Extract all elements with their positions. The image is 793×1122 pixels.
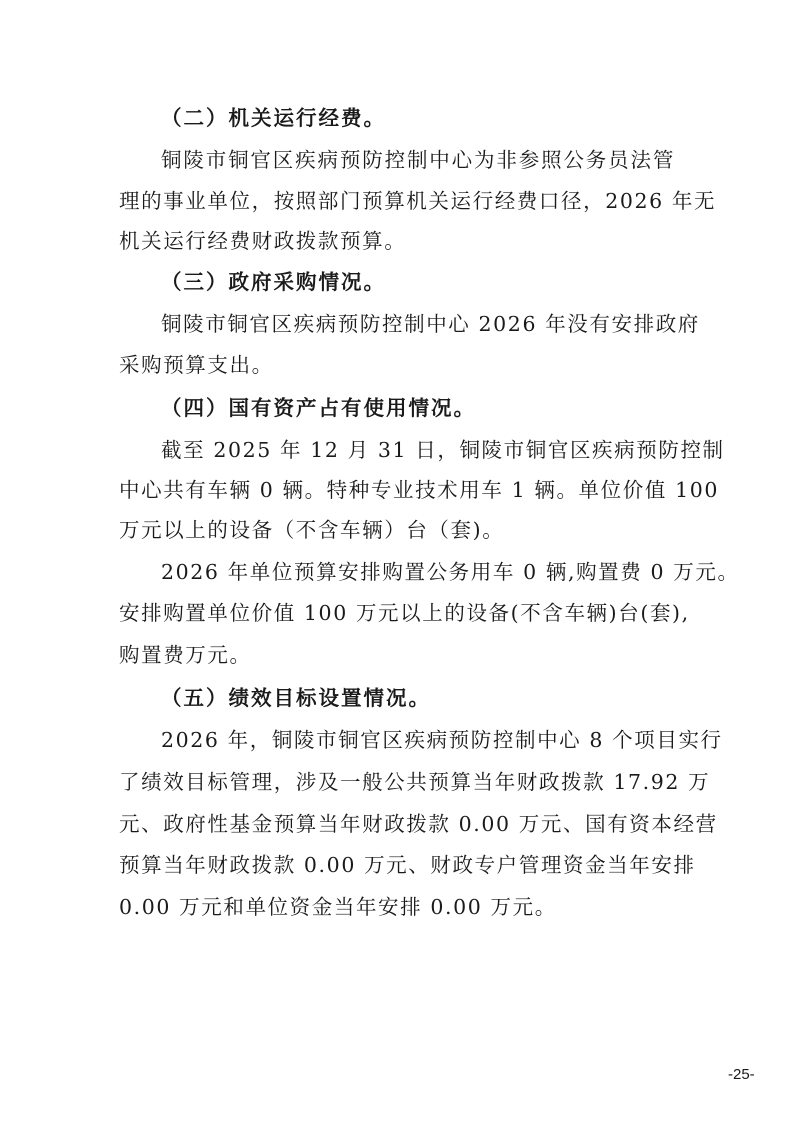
section-heading-2: （二）机关运行经费。 <box>161 104 717 132</box>
section-heading-5: （五）绩效目标设置情况。 <box>161 684 717 712</box>
page-number: -25- <box>728 1066 755 1083</box>
paragraph-line: 理的事业单位，按照部门预算机关运行经费口径，2026 年无 <box>119 187 675 215</box>
paragraph-line: 购置费万元。 <box>119 641 675 669</box>
paragraph-line: 中心共有车辆 0 辆。特种专业技术用车 1 辆。单位价值 100 <box>119 476 675 504</box>
paragraph-line: 元、政府性基金预算当年财政拨款 0.00 万元、国有资本经营 <box>119 810 675 838</box>
paragraph-line: 了绩效目标管理，涉及一般公共预算当年财政拨款 17.92 万 <box>119 768 675 796</box>
paragraph-line: 采购预算支出。 <box>119 351 675 379</box>
paragraph-line: 机关运行经费财政拨款预算。 <box>119 227 675 255</box>
paragraph-line: 0.00 万元和单位资金当年安排 0.00 万元。 <box>119 893 675 921</box>
section-heading-3: （三）政府采购情况。 <box>161 268 717 296</box>
section-heading-4: （四）国有资产占有使用情况。 <box>161 394 717 422</box>
document-page: （二）机关运行经费。 铜陵市铜官区疾病预防控制中心为非参照公务员法管 理的事业单… <box>0 0 793 1122</box>
paragraph-line: 预算当年财政拨款 0.00 万元、财政专户管理资金当年安排 <box>119 851 675 879</box>
paragraph-line: 万元以上的设备（不含车辆）台（套)。 <box>119 516 675 544</box>
paragraph-line: 截至 2025 年 12 月 31 日，铜陵市铜官区疾病预防控制 <box>161 436 675 464</box>
paragraph-line: 2026 年，铜陵市铜官区疾病预防控制中心 8 个项目实行 <box>161 726 675 754</box>
paragraph-line: 铜陵市铜官区疾病预防控制中心 2026 年没有安排政府 <box>161 310 675 338</box>
paragraph-line: 铜陵市铜官区疾病预防控制中心为非参照公务员法管 <box>161 146 675 174</box>
paragraph-line: 安排购置单位价值 100 万元以上的设备(不含车辆)台(套), <box>119 599 675 627</box>
paragraph-line: 2026 年单位预算安排购置公务用车 0 辆,购置费 0 万元。 <box>161 558 675 586</box>
